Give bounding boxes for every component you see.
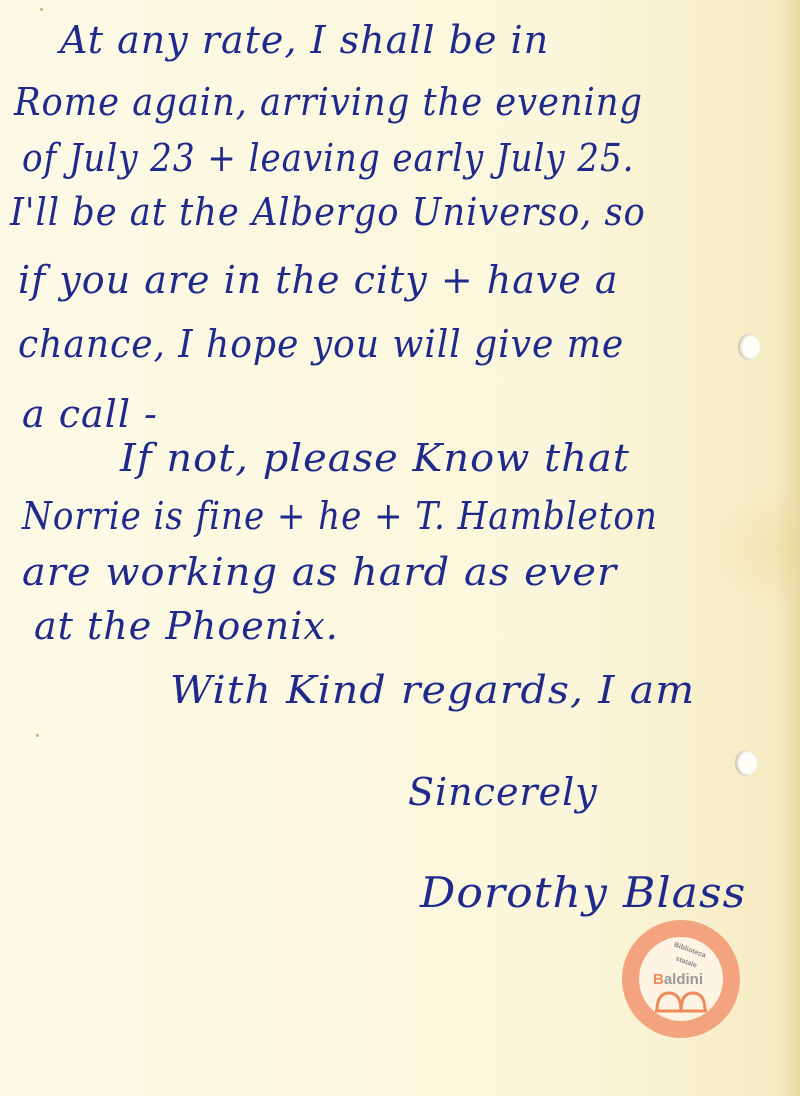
stamp-inner: Biblioteca statale Baldini [639,937,723,1021]
letter-line-4: I'll be at the Albergo Universo, so [10,190,646,234]
letter-line-2: Rome again, arriving the evening [14,80,643,124]
letter-line-3: of July 23 + leaving early July 25. [22,136,634,180]
signature: Dorothy Blass [420,868,746,917]
letter-line-10: are working as hard as ever [22,550,617,594]
stamp-label-2: statale [674,955,697,969]
paper-speck [40,8,43,11]
letter-line-9: Norrie is fine + he + T. Hambleton [22,494,658,538]
letter-line-1: At any rate, I shall be in [60,18,549,62]
letter-line-11: at the Phoenix. [34,604,339,648]
stamp-name: Baldini [653,971,703,988]
letter-line-6: chance, I hope you will give me [18,322,624,366]
book-logo-icon [653,989,709,1013]
letter-line-7: a call - [22,392,158,436]
paper-speck [36,734,39,737]
closing-line: With Kind regards, I am [170,668,695,712]
library-stamp: Biblioteca statale Baldini [622,920,740,1038]
letter-line-5: if you are in the city + have a [18,258,619,302]
punch-hole-top [738,334,760,360]
punch-hole-bottom [735,750,757,776]
valediction: Sincerely [408,770,598,814]
letter-page: At any rate, I shall be in Rome again, a… [0,0,800,1096]
letter-line-8: If not, please Know that [120,436,630,480]
